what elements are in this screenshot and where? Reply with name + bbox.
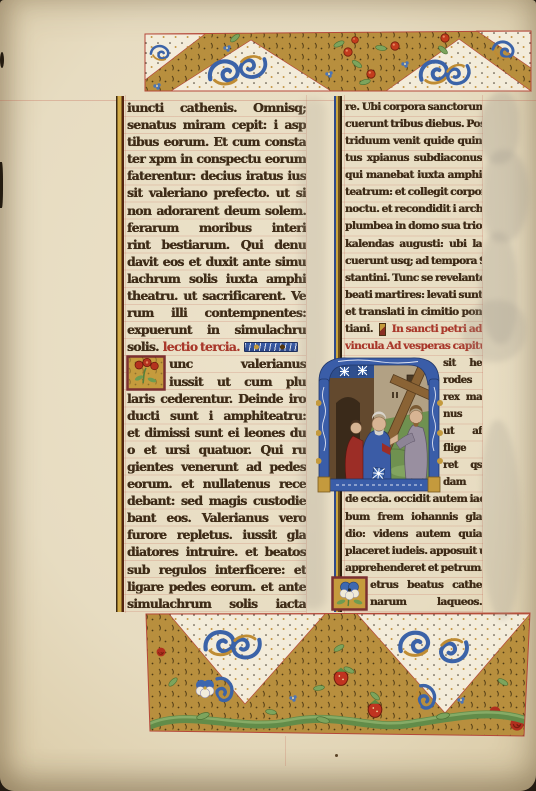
text-line: debant: sed magis custodie (127, 492, 306, 509)
text-line: dio: videns autem quia (345, 526, 482, 543)
text-line: o et ursi quatuor. Qui ru (127, 441, 306, 458)
text-line: sit he (443, 355, 482, 372)
decorated-initial-P (331, 576, 368, 611)
ruling-vertical (482, 95, 483, 613)
text-line: ter xpm in conspectu eorum (127, 150, 306, 167)
text-line: kalendas augusti: ubi la (345, 236, 482, 253)
text-line: rodes (443, 372, 482, 389)
text-line: sub regulos interficere: et (127, 561, 306, 578)
text-line: ret qs (443, 457, 482, 474)
rubric-label: In sancti petri ad (392, 321, 482, 338)
text-line: narum laqueos. (370, 594, 482, 611)
rubric-line: vincula Ad vesperas capitul. (345, 338, 482, 355)
text-line: davit eos et duxit ante simu (127, 253, 306, 270)
text-line: lachrum solis iuxta amphi (127, 270, 306, 287)
text-line: ducti sunt i amphiteatru: (127, 407, 306, 424)
text-fragment: solis. (127, 338, 159, 355)
rubric-line: solis. lectio tercia. (127, 338, 306, 355)
text-line: eorum. et nullatenus rece (127, 475, 306, 492)
text-line: qui manebat iuxta amphi (345, 167, 482, 184)
text-line: laris cederentur. Deinde iro (127, 390, 306, 407)
text-line: theatru. ut sacrificarent. Ve (127, 287, 306, 304)
text-line: faterentur: decius iratus ius (127, 167, 306, 184)
text-line: ferarum moribus interi (127, 219, 306, 236)
text-line: plumbea in domo sua trio (345, 218, 482, 235)
text-line: placeret iudeis. apposuit ut (345, 543, 482, 560)
text-line: senatus miram cepit: i asp (127, 116, 306, 133)
text-line: bant eos. Valerianus vero (127, 509, 306, 526)
text-line: nus (443, 406, 482, 423)
gold-baguette-right (334, 96, 342, 612)
text-line: rex ma (443, 389, 482, 406)
text-line: et dimissi sunt ei leones du (127, 424, 306, 441)
photo-speck (0, 52, 4, 68)
text-line: gientes venerunt ad pedes (127, 458, 306, 475)
text-line: et translati in cimitio pon (345, 304, 482, 321)
ruling-vertical (306, 95, 307, 613)
miniature-quo-vadis (316, 355, 443, 494)
text-line: teatrum: et collegit corpora (345, 184, 482, 201)
text-line: apprehenderet et petrum. (345, 560, 482, 577)
text-line: simulachrum solis iacta (127, 595, 306, 612)
bottom-illuminated-border (143, 612, 532, 739)
manuscript-photo: iuncti cathenis. Omnisq; senatus miram c… (0, 0, 536, 791)
text-line: sit valeriano prefecto. ut si (127, 184, 306, 201)
star-cross-icon (373, 467, 385, 479)
text-line: expuerunt in simulachru (127, 321, 306, 338)
text-line: dam (443, 474, 482, 491)
text-line: iuncti cathenis. Omnisq; (127, 99, 306, 116)
text-line: flige (443, 440, 482, 457)
line-filler-icon (244, 342, 298, 353)
text-line: cuerunt usq; ad tempora 9 (345, 253, 482, 270)
text-line: tus xpianus subdiaconus (345, 150, 482, 167)
text-line: triduum venit quide quin (345, 133, 482, 150)
text-line: unc valerianus (169, 355, 306, 372)
text-line: tibus eorum. Et cum consta (127, 133, 306, 150)
text-line: bum frem iohannis gla (345, 509, 482, 526)
ink-dot (335, 754, 338, 757)
text-fragment: tiani. (345, 321, 373, 338)
text-line: noctu. et recondidit i archa (345, 201, 482, 218)
text-line: rint bestiarum. Qui denu (127, 236, 306, 253)
rubric-line: tiani. In sancti petri ad (345, 321, 482, 338)
text-line: ligare pedes eorum. et ante (127, 578, 306, 595)
text-line: etrus beatus cathe (370, 577, 482, 594)
text-fragment: apprehenderet et petrum. (345, 560, 482, 577)
ruling-vertical (285, 736, 286, 766)
rubric-label: lectio tercia. (163, 338, 240, 355)
text-line: diatores intruire. et beatos (127, 543, 306, 560)
text-line: iussit ut cum plu (169, 373, 306, 390)
ruling-vertical (125, 95, 126, 613)
text-line: ut af (443, 423, 482, 440)
text-line: non adorarent deum solem. (127, 202, 306, 219)
text-line: beati martires: levati sunt (345, 287, 482, 304)
text-line: re. Ubi corpora sanctorum ia (345, 99, 482, 116)
text-line: rum illi contempnentes: (127, 304, 306, 321)
text-line: stantini. Tunc se revelantes (345, 270, 482, 287)
photo-speck (0, 162, 3, 208)
paraph-mark-icon (379, 323, 386, 336)
text-line: cuerunt tribus diebus. Post (345, 116, 482, 133)
top-illuminated-border (143, 30, 532, 93)
decorated-initial-T (126, 355, 166, 391)
text-line: furore repletus. iussit gla (127, 526, 306, 543)
gold-baguette-left (116, 96, 124, 612)
